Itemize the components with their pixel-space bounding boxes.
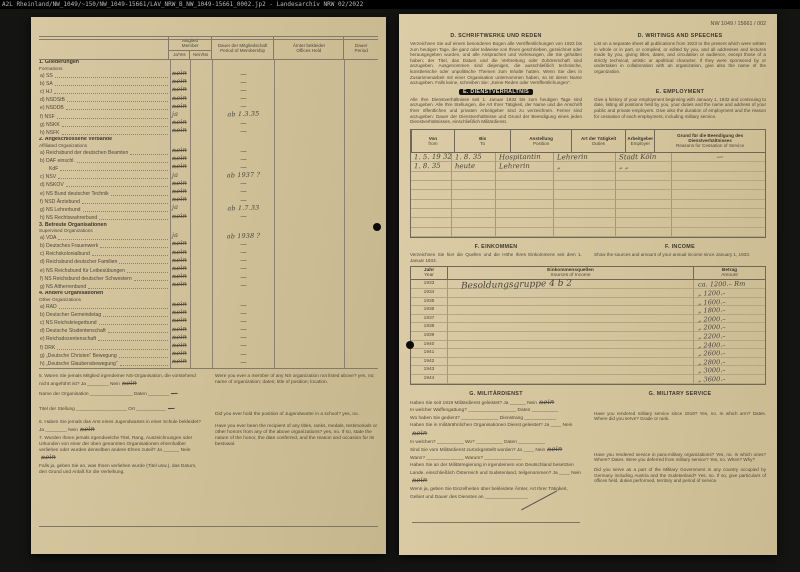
organization-row: f) NSD Ärztebund nein — bbox=[39, 198, 378, 206]
military-question-line: Wo haben Sie gedient? ______________ Die… bbox=[410, 415, 582, 423]
document-scan-viewer: A2L Rheinland/NW_1049/~150/NW_1049-15661… bbox=[0, 0, 800, 572]
dotted-leader bbox=[58, 178, 168, 179]
hw-employment-from: 1. 8. 35 bbox=[411, 162, 451, 172]
section-d-body-de: Verzeichnen Sie auf einem besonderen Bog… bbox=[410, 41, 582, 86]
military-question-text: Haben Sie in militärähnlichen Organisati… bbox=[410, 423, 572, 428]
hw-employment-employer bbox=[616, 199, 671, 200]
organization-label: h) NS Rechtswahrerbund bbox=[39, 215, 97, 222]
section-e-body-en: Give a history of your employment beginn… bbox=[594, 97, 766, 119]
employment-row: 1. 8. 35 heute Lehrerin „ „ „ bbox=[411, 162, 765, 171]
employment-header-en: Reasons for Cessation of Service bbox=[656, 143, 764, 148]
hw-employment-from bbox=[411, 227, 451, 228]
organization-row: g) NSKK nein — bbox=[39, 121, 378, 129]
handwritten-answer: nein bbox=[41, 454, 56, 460]
employment-table: Von from Bis To Anstellung Position bbox=[410, 129, 766, 239]
employment-header-en: Employer bbox=[627, 141, 653, 146]
hw-employment-from bbox=[411, 209, 451, 210]
organization-row: f) DRK nein — bbox=[39, 343, 378, 351]
organization-label: h) NSFK bbox=[39, 130, 60, 137]
question-text-en: Did you ever hold the position of Jugend… bbox=[215, 412, 378, 418]
income-year: 1934 bbox=[411, 289, 447, 298]
hw-employment-from bbox=[411, 199, 451, 200]
income-year: 1937 bbox=[411, 315, 447, 324]
hw-employment-employer bbox=[616, 218, 671, 219]
hw-employment-duties bbox=[554, 199, 615, 200]
organization-row: b) DAF einschl. nein — bbox=[39, 157, 378, 165]
hw-employment-to bbox=[452, 199, 495, 200]
employment-header-en: Position bbox=[512, 141, 569, 146]
section-f-title-de: F. EINKOMMEN bbox=[410, 244, 582, 250]
dotted-leader bbox=[92, 255, 168, 256]
organization-row: a) Reichsbund der deutschen Beamten nein… bbox=[39, 149, 378, 157]
organization-row: f) NSF ja ab 1.3.35 bbox=[39, 112, 378, 120]
organization-label: b) Deutscher Gemeindetag bbox=[39, 312, 101, 319]
income-table-body: 1933 ca. 1200.– Rm 1934 „ 1200.– 1935 bbox=[411, 280, 765, 383]
section-title-en: Formations bbox=[39, 66, 62, 71]
section-d: D. SCHRIFTWERKE UND REDEN Verzeichnen Si… bbox=[410, 30, 766, 86]
hw-employment-duties bbox=[554, 218, 615, 219]
dotted-leader bbox=[66, 186, 168, 187]
organization-row: c) NSV ja ab 1937 ? bbox=[39, 173, 378, 181]
archive-reference: NW 1049 / 15661 / 002 bbox=[410, 21, 766, 27]
titlebar-text: A2L Rheinland/NW_1049/~150/NW_1049-15661… bbox=[2, 1, 363, 8]
organization-row: a) RAD nein — bbox=[39, 303, 378, 311]
employment-table-body: 1. 5. 19 32 1. 8. 35 Hospitantin Lehreri… bbox=[411, 153, 765, 238]
hw-employment-to bbox=[452, 227, 495, 228]
hw-employment-position bbox=[496, 227, 553, 228]
hw-employment-position bbox=[496, 209, 553, 210]
question-line-de: 7. Wurden Ihnen jemals irgendwelche Tite… bbox=[39, 436, 205, 462]
organization-label: c) NSV bbox=[39, 174, 56, 181]
organization-row: f) NS Reichsbund deutscher Schwestern ne… bbox=[39, 275, 378, 283]
organization-row: g) „Deutsche Christen“ Bewegung nein — bbox=[39, 352, 378, 360]
organization-label: a) VDA bbox=[39, 235, 56, 242]
income-table-header: Jahr Year Einkommensquellen Sources of I… bbox=[411, 267, 765, 280]
section-e-title-en: E. EMPLOYMENT bbox=[594, 89, 766, 95]
hw-employment-employer bbox=[616, 180, 671, 181]
section-g-bottom-rule bbox=[412, 522, 580, 523]
section-g-english: G. MILITARY SERVICE Have you rendered mi… bbox=[594, 388, 766, 502]
organization-label: d) NSDStB bbox=[39, 97, 65, 104]
handwritten-answer: nein bbox=[122, 380, 137, 386]
employment-column-header: Von from bbox=[411, 130, 454, 152]
military-question-text: Haben Sie seit 1919 Militärdienst geleis… bbox=[410, 401, 537, 406]
dotted-leader bbox=[58, 239, 168, 240]
section-g: G. MILITÄRDIENST Haben Sie seit 1919 Mil… bbox=[410, 388, 766, 502]
employment-table-header: Von from Bis To Anstellung Position bbox=[411, 130, 765, 153]
header-member-en: Member bbox=[169, 44, 211, 49]
income-year: 1938 bbox=[411, 323, 447, 332]
income-table: Jahr Year Einkommensquellen Sources of I… bbox=[410, 266, 766, 384]
section-e: E. DIENSTVERHÄLTNIS Alle Ihre Dienstverh… bbox=[410, 86, 766, 125]
dotted-leader bbox=[60, 170, 168, 171]
dotted-leader bbox=[62, 126, 168, 127]
organization-label: g) NSKK bbox=[39, 122, 60, 129]
organization-label: b) SA bbox=[39, 81, 53, 88]
handwritten-membership-answer: nein bbox=[172, 211, 187, 219]
employment-column-header: Art der Tätigkeit Duties bbox=[571, 130, 626, 152]
hw-employment-reason bbox=[672, 208, 765, 210]
hw-employment-duties: „ bbox=[554, 162, 615, 172]
dotted-leader bbox=[99, 219, 168, 220]
hw-employment-duties bbox=[554, 209, 615, 210]
organization-row: h) NS Rechtswahrerbund nein — bbox=[39, 214, 378, 222]
employment-column-header: Bis To bbox=[454, 130, 511, 152]
handwritten-membership-answer: nein bbox=[172, 324, 187, 332]
section-header-row: 3. Betreute Organisationen Supervised Or… bbox=[39, 222, 378, 234]
dotted-leader bbox=[130, 154, 168, 155]
income-row: 1935 „ 1600.– bbox=[411, 298, 765, 307]
dotted-leader bbox=[99, 324, 168, 325]
income-row: 1941 „ 2600.– bbox=[411, 349, 765, 358]
dotted-leader bbox=[119, 357, 168, 358]
organization-label: h) „Deutsche Glaubensbewegung“ bbox=[39, 361, 118, 368]
header-offices-en: Offices Held bbox=[274, 48, 343, 53]
hw-employment-position bbox=[496, 199, 553, 200]
organization-label: b) Deutsches Frauenwerk bbox=[39, 243, 98, 250]
organization-row: c) Reichskolonialbund nein — bbox=[39, 250, 378, 258]
header-period-en: Period bbox=[344, 48, 378, 53]
dotted-leader bbox=[62, 134, 168, 135]
dotted-leader bbox=[82, 203, 168, 204]
dotted-leader bbox=[59, 308, 168, 309]
hw-employment-position bbox=[496, 180, 553, 181]
hw-employment-position: Lehrerin bbox=[496, 162, 553, 172]
organization-label: e) NS Bund deutscher Technik bbox=[39, 191, 109, 198]
hw-employment-from: 1. 5. 19 32 bbox=[411, 152, 451, 162]
section-d-title-de: D. SCHRIFTWERKE UND REDEN bbox=[410, 33, 582, 39]
employment-row bbox=[411, 228, 765, 237]
income-year: 1933 bbox=[411, 280, 447, 289]
organization-label: c) NS Reichskriegerbund bbox=[39, 320, 97, 327]
membership-table-body: 1. Gliederungen Formations a) bbox=[39, 60, 378, 368]
hw-employment-employer: „ „ bbox=[616, 162, 671, 172]
dotted-leader bbox=[134, 280, 168, 281]
employment-header-en: To bbox=[456, 141, 510, 146]
organization-label: e) Reichsdozentenschaft bbox=[39, 336, 96, 343]
handwritten-membership-answer: nein bbox=[172, 102, 187, 110]
organization-label: f) NSD Ärztebund bbox=[39, 199, 80, 206]
section-d-title-en: D. WRITINGS AND SPEECHES bbox=[594, 33, 766, 39]
hw-employment-position bbox=[496, 190, 553, 191]
question-text-de: 6. Haben Sie jemals das Amt eines Jugend… bbox=[39, 420, 201, 433]
handwritten-answer: nein bbox=[547, 446, 563, 454]
organization-row: h) „Deutsche Glaubensbewegung“ nein — bbox=[39, 360, 378, 368]
section-f-body-en: Show the sources and amount of your annu… bbox=[594, 252, 766, 258]
handwritten-membership-answer: ja bbox=[172, 110, 178, 118]
dotted-leader bbox=[108, 332, 168, 333]
dotted-leader bbox=[66, 109, 168, 110]
questions-block: 5. Waren Sie jemals Mitglied irgendeiner… bbox=[39, 374, 378, 478]
handwritten-membership-answer: ja bbox=[172, 203, 178, 211]
header-nein-no: Nein/No bbox=[189, 51, 211, 59]
handwritten-answer: — bbox=[171, 390, 178, 396]
handwritten-membership-period: — bbox=[213, 126, 274, 136]
military-question-text: Haben Sie an der Militärregierung in irg… bbox=[410, 463, 581, 476]
handwritten-answer: nein bbox=[539, 398, 555, 406]
dotted-leader bbox=[88, 288, 168, 289]
military-question-line: Haben Sie in militärähnlichen Organisati… bbox=[410, 422, 582, 438]
dotted-leader bbox=[98, 340, 168, 341]
hw-employment-duties bbox=[554, 180, 615, 181]
dotted-leader bbox=[103, 316, 168, 317]
organization-label: e) NSDDB bbox=[39, 105, 64, 112]
military-question-text: In welcher Waffengattung? ______________… bbox=[410, 408, 558, 413]
question-text-de: 5. Waren Sie jemals Mitglied irgendeiner… bbox=[39, 374, 196, 387]
military-question-text: Wo haben Sie gedient? ______________ Die… bbox=[410, 416, 556, 421]
section-d-body-en: List on a separate sheet all publication… bbox=[594, 41, 766, 75]
hw-employment-to: heute bbox=[452, 162, 495, 172]
military-question-text: Wann? ______________ Warum? ____________… bbox=[410, 456, 522, 461]
employment-row bbox=[411, 200, 765, 209]
employment-column-header: Grund für die Beendigung des Dienstverhä… bbox=[654, 130, 765, 152]
hw-employment-from bbox=[411, 190, 451, 191]
income-year: 1943 bbox=[411, 366, 447, 375]
organization-row: a) VDA ja ab 1938 ? bbox=[39, 234, 378, 242]
organization-label: d) Deutsche Studentenschaft bbox=[39, 328, 106, 335]
dotted-leader bbox=[127, 272, 168, 273]
hw-employment-reason bbox=[672, 227, 765, 229]
income-row: 1938 „ 2000.– bbox=[411, 323, 765, 332]
employment-row bbox=[411, 181, 765, 190]
organization-row: b) SA nein — bbox=[39, 80, 378, 88]
hw-employment-employer bbox=[616, 227, 671, 228]
section-header-row: 1. Gliederungen Formations bbox=[39, 60, 378, 72]
organization-label: KdF bbox=[39, 166, 58, 173]
header-ja-yes: Ja/Yes bbox=[169, 51, 189, 59]
employment-header-en: from bbox=[413, 141, 453, 146]
organization-row: e) NS Bund deutscher Technik nein — bbox=[39, 189, 378, 197]
income-year: 1940 bbox=[411, 341, 447, 350]
handwritten-membership-answer: nein bbox=[172, 85, 187, 93]
employment-header-en: Duties bbox=[573, 141, 625, 146]
handwritten-membership-answer: nein bbox=[172, 316, 187, 324]
membership-table-header: Mitglied Member Ja/Yes Nein/No Dauer der… bbox=[39, 36, 378, 60]
questionnaire-page-left[interactable]: Mitglied Member Ja/Yes Nein/No Dauer der… bbox=[31, 17, 386, 554]
organization-row: b) Deutscher Gemeindetag nein — bbox=[39, 311, 378, 319]
military-paragraph-en: Have you rendered military service since… bbox=[594, 411, 766, 422]
questionnaire-page-right[interactable]: NW 1049 / 15661 / 002 D. SCHRIFTWERKE UN… bbox=[399, 14, 777, 555]
section-title-en: Supervised Organizations bbox=[39, 228, 93, 233]
employment-header-de: Grund für die Beendigung des Dienstverhä… bbox=[656, 133, 764, 143]
military-paragraph-en: Did you serve as a part of the Military … bbox=[594, 467, 766, 484]
organization-row: KdF nein — bbox=[39, 165, 378, 173]
income-year: 1944 bbox=[411, 375, 447, 384]
section-e-title-de: E. DIENSTVERHÄLTNIS bbox=[459, 89, 533, 95]
organization-row: h) NSFK nein — bbox=[39, 129, 378, 137]
hw-employment-to bbox=[452, 209, 495, 210]
handwritten-membership-answer: ja bbox=[172, 170, 178, 178]
section-e-body-de: Alle Ihre Dienstverhältnisse seit 1. Jan… bbox=[410, 97, 582, 125]
income-row: 1937 „ 2000.– bbox=[411, 315, 765, 324]
income-header-year-en: Year bbox=[411, 273, 447, 278]
hw-employment-reason bbox=[672, 189, 765, 191]
dotted-leader bbox=[83, 211, 169, 212]
organization-row: d) NSKOV nein — bbox=[39, 181, 378, 189]
section-g-german: G. MILITÄRDIENST Haben Sie seit 1919 Mil… bbox=[410, 388, 582, 502]
income-row: 1944 „ 3600.– bbox=[411, 375, 765, 384]
handwritten-membership-answer: nein bbox=[172, 126, 187, 134]
handwritten-membership-answer: nein bbox=[172, 239, 187, 247]
organization-label: a) Reichsbund der deutschen Beamten bbox=[39, 150, 128, 157]
question-text-de: Name der Organisation ________________ D… bbox=[39, 392, 169, 397]
employment-column-header: Anstellung Position bbox=[510, 130, 570, 152]
organization-row: e) NS Reichsbund für Leibesübungen nein … bbox=[39, 266, 378, 274]
military-question-line: Haben Sie an der Militärregierung in irg… bbox=[410, 462, 582, 486]
question-text-de: Falls ja, geben Sie an, was Ihnen verlie… bbox=[39, 464, 196, 475]
question-line-de: Name der Organisation ________________ D… bbox=[39, 390, 205, 398]
military-paragraph-en: Have you rendered service in para-milita… bbox=[594, 452, 766, 463]
organization-row: e) Reichsdozentenschaft nein — bbox=[39, 335, 378, 343]
military-question-text: In welchen? __________ Wo? __________ Da… bbox=[410, 440, 545, 445]
header-membership-period-en: Period of Membership bbox=[212, 48, 273, 53]
hw-employment-reason bbox=[672, 218, 765, 220]
question-line-de: 5. Waren Sie jemals Mitglied irgendeiner… bbox=[39, 374, 205, 388]
section-g-title-de: G. MILITÄRDIENST bbox=[410, 391, 582, 397]
employment-row: 1. 5. 19 32 1. 8. 35 Hospitantin Lehreri… bbox=[411, 153, 765, 162]
hw-employment-to bbox=[452, 190, 495, 191]
income-row: 1939 „ 2200.– bbox=[411, 332, 765, 341]
hw-employment-position bbox=[496, 218, 553, 219]
question-line-de: Titel der Stellung ___________________ O… bbox=[39, 405, 205, 413]
organization-label: d) Reichsbund deutscher Familien bbox=[39, 259, 117, 266]
dotted-leader bbox=[55, 85, 168, 86]
section-f: F. EINKOMMEN Verzeichnen Sie hier die Qu… bbox=[410, 241, 766, 263]
question-text-en: Were you ever a member of any NS organiz… bbox=[215, 374, 378, 386]
organization-row: g) NS Altherrenbund nein — bbox=[39, 283, 378, 291]
organization-label: g) NS Lehrerbund bbox=[39, 207, 81, 214]
military-question-line: In welcher Waffengattung? ______________… bbox=[410, 407, 582, 415]
dotted-leader bbox=[57, 118, 168, 119]
income-year: 1939 bbox=[411, 332, 447, 341]
hw-employment-reason bbox=[672, 199, 765, 201]
organization-label: f) NSF bbox=[39, 114, 55, 121]
organization-label: d) NSKOV bbox=[39, 182, 64, 189]
organization-row: d) NSDStB nein — bbox=[39, 96, 378, 104]
employment-row bbox=[411, 209, 765, 218]
income-row: 1943 „ 3000.– bbox=[411, 366, 765, 375]
questions-german: 5. Waren Sie jemals Mitglied irgendeiner… bbox=[39, 374, 205, 478]
handwritten-membership-answer: nein bbox=[172, 280, 187, 288]
organization-row: c) NS Reichskriegerbund nein — bbox=[39, 319, 378, 327]
handwritten-membership-answer: nein bbox=[172, 179, 187, 187]
question-text-de: 7. Wurden Ihnen jemals irgendwelche Tite… bbox=[39, 436, 192, 453]
income-row: 1936 „ 1800.– bbox=[411, 306, 765, 315]
organization-label: a) SS bbox=[39, 73, 53, 80]
organization-label: e) NS Reichsbund für Leibesübungen bbox=[39, 268, 125, 275]
employment-column-header: Arbeitgeber Employer bbox=[625, 130, 654, 152]
military-question-line: Haben Sie seit 1919 Militärdienst geleis… bbox=[410, 399, 582, 408]
hw-employment-from bbox=[411, 171, 451, 172]
organization-row: d) Deutsche Studentenschaft nein — bbox=[39, 327, 378, 335]
hw-employment-to: 1. 8. 35 bbox=[452, 152, 495, 162]
question-text-de: Titel der Stellung ___________________ O… bbox=[39, 407, 166, 412]
hw-employment-reason: — bbox=[672, 152, 765, 163]
handwritten-answer: — bbox=[167, 405, 174, 411]
section-g-title-en: G. MILITARY SERVICE bbox=[594, 391, 766, 397]
organization-label: g) NS Altherrenbund bbox=[39, 284, 86, 291]
handwritten-membership-answer: nein bbox=[172, 93, 187, 101]
membership-table: Mitglied Member Ja/Yes Nein/No Dauer der… bbox=[39, 36, 378, 369]
handwritten-membership-answer: nein bbox=[172, 333, 187, 341]
organization-row: a) SS nein — bbox=[39, 72, 378, 80]
income-year: 1935 bbox=[411, 298, 447, 307]
income-year: 1936 bbox=[411, 306, 447, 315]
question-line-de: Falls ja, geben Sie an, was Ihnen verlie… bbox=[39, 464, 205, 476]
organization-label: a) RAD bbox=[39, 304, 57, 311]
handwritten-membership-answer: nein bbox=[172, 357, 187, 365]
organization-label: f) NS Reichsbund deutscher Schwestern bbox=[39, 276, 132, 283]
hw-employment-duties bbox=[554, 227, 615, 228]
section-f-body-de: Verzeichnen Sie hier die Quellen und die… bbox=[410, 252, 582, 263]
question-line-de: 6. Haben Sie jemals das Amt eines Jugend… bbox=[39, 420, 205, 434]
questions-english: Were you ever a member of any NS organiz… bbox=[215, 374, 378, 478]
organization-label: g) „Deutsche Christen“ Bewegung bbox=[39, 353, 117, 360]
hw-employment-from bbox=[411, 181, 451, 182]
organization-row: d) Reichsbund deutscher Familien nein — bbox=[39, 258, 378, 266]
handwritten-answer: nein bbox=[80, 426, 95, 432]
income-row: 1942 „ 2800.– bbox=[411, 358, 765, 367]
organization-label: b) DAF einschl. bbox=[39, 158, 75, 165]
hw-employment-to bbox=[452, 218, 495, 219]
hw-employment-to bbox=[452, 181, 495, 182]
hw-income-amount: „ 3600.– bbox=[694, 374, 765, 384]
handwritten-membership-answer: nein bbox=[172, 256, 187, 264]
section-header-row: 4. Andere Organisationen Other Organizat… bbox=[39, 291, 378, 303]
military-question-line: Wenn ja, geben Sie Einzelheiten über bek… bbox=[410, 486, 582, 501]
window-titlebar: A2L Rheinland/NW_1049/~150/NW_1049-15661… bbox=[0, 0, 800, 9]
handwritten-answer: nein bbox=[412, 477, 428, 485]
hw-employment-from bbox=[411, 218, 451, 219]
handwritten-membership-answer: nein bbox=[172, 247, 187, 255]
organization-label: f) DRK bbox=[39, 345, 55, 352]
organization-row: c) HJ nein — bbox=[39, 88, 378, 96]
organization-row: g) NS Lehrerbund ja ab 1.7.33 bbox=[39, 206, 378, 214]
income-year: 1941 bbox=[411, 349, 447, 358]
section-title-en: Other Organizations bbox=[39, 297, 81, 302]
hw-employment-duties bbox=[554, 190, 615, 191]
question-text-en: Have you ever been the recipient of any … bbox=[215, 424, 378, 448]
organization-label: c) Reichskolonialbund bbox=[39, 251, 90, 258]
hw-employment-employer bbox=[616, 209, 671, 210]
dotted-leader bbox=[67, 101, 168, 102]
employment-row bbox=[411, 190, 765, 199]
military-question-line: Wann? ______________ Warum? ____________… bbox=[410, 455, 582, 463]
handwritten-answer: nein bbox=[412, 430, 428, 438]
handwritten-membership-period: — bbox=[213, 357, 274, 367]
organization-row: e) NSDDB nein — bbox=[39, 104, 378, 112]
organization-row: b) Deutsches Frauenwerk nein — bbox=[39, 242, 378, 250]
dotted-leader bbox=[119, 263, 168, 264]
hw-employment-employer bbox=[616, 190, 671, 191]
military-question-line: Sind Sie vom Militärdienst zurückgestell… bbox=[410, 446, 582, 455]
page-footer-rule bbox=[39, 526, 378, 527]
punch-hole bbox=[373, 223, 381, 231]
income-row: 1940 „ 2400.– bbox=[411, 341, 765, 350]
hw-employment-reason bbox=[672, 180, 765, 182]
handwritten-membership-period: — bbox=[213, 280, 274, 290]
section-header-row: 2. Angeschlossene Verbände Affiliated Or… bbox=[39, 137, 378, 149]
employment-row bbox=[411, 172, 765, 181]
dotted-leader bbox=[120, 365, 168, 366]
employment-row bbox=[411, 218, 765, 227]
section-title-en: Affiliated Organizations bbox=[39, 143, 87, 148]
military-question-text: Sind Sie vom Militärdienst zurückgestell… bbox=[410, 448, 545, 453]
dotted-leader bbox=[55, 77, 168, 78]
dotted-leader bbox=[54, 93, 168, 94]
hw-employment-reason bbox=[672, 171, 765, 173]
income-year: 1942 bbox=[411, 358, 447, 367]
